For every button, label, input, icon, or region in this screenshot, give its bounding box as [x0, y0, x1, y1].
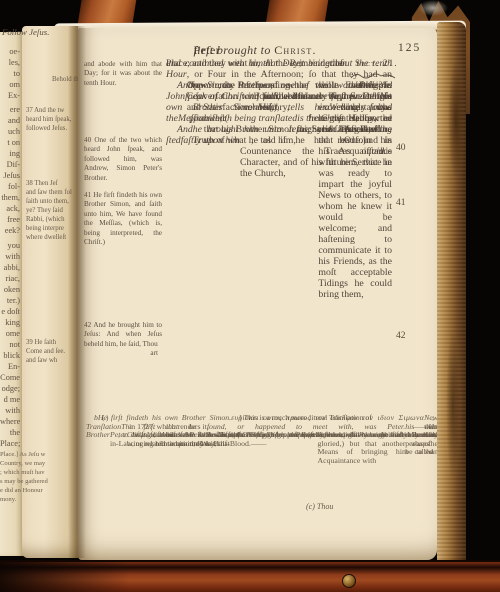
text-fragment-line: t on — [0, 137, 22, 148]
text-fragment-line: ter.) — [0, 295, 22, 306]
text-segment: . — [313, 43, 316, 58]
running-header: Peter firſt brought to Christ. — [138, 43, 368, 58]
text-segment: Place; and they went in, — [166, 58, 260, 69]
text-segment: then — [330, 58, 347, 69]
text-fragment-line: to — [0, 68, 22, 79]
text-segment: [ — [185, 91, 199, 102]
verse-note-text: 42 And he brought him to Jeſus: And when… — [84, 321, 162, 348]
verse-note-catchword: art — [84, 349, 162, 358]
kjv-verse-note-39: and abode with him that Day; for it was … — [84, 60, 162, 88]
verse-number-41: 41 — [396, 198, 406, 208]
text-fragment-line: them, — [0, 192, 22, 203]
text-segment: was not — [206, 431, 238, 440]
text-fragment-line: eek? — [0, 225, 22, 236]
text-fragment-line: uch — [0, 126, 22, 137]
facing-footnote-fragments: Place.] As Jeſu wCountry, we may; which … — [0, 450, 57, 506]
text-segment: , as if he had read in his Countenance t… — [240, 135, 392, 179]
text-fragment-line: king — [0, 317, 22, 328]
text-fragment-line: you — [0, 240, 22, 251]
text-fragment-line: the — [0, 427, 22, 438]
text-fragment-line: where — [0, 416, 22, 427]
kjv-verse-note-42: 42 And he brought him to Jeſus: And when… — [84, 321, 162, 359]
text-fragment-line: not — [0, 339, 22, 350]
text-fragment-line: ing — [0, 148, 22, 159]
text-segment: . — [334, 431, 344, 440]
text-fragment-line: oken — [0, 284, 22, 295]
text-segment: ) — [98, 414, 109, 423]
text-fragment-line: d me — [0, 394, 22, 405]
text-segment: ), — [263, 102, 280, 113]
fore-edge-stain — [448, 60, 464, 180]
verse-number-42: 42 — [396, 331, 406, 341]
text-segment: Now — [177, 80, 207, 91]
paraphrase-text: Place; and they went in, and continued w… — [166, 58, 392, 414]
footnote: (b) He firſt findeth his own Brother Sim… — [86, 414, 438, 520]
text-fragment-line: ack, — [0, 203, 22, 214]
text-segment: Peter — [193, 43, 220, 58]
text-fragment-line: En- — [0, 361, 22, 372]
text-fragment-line: s may be gathered — [0, 477, 57, 486]
text-fragment-line: les, — [0, 57, 22, 68]
paragraph: And that his Brother Simon might be ſati… — [166, 124, 392, 146]
dust-fuzz — [418, 0, 448, 16]
brass-screw — [342, 574, 356, 588]
text-fragment-line: ere — [0, 104, 22, 115]
text-fragment-line: Place.] As Jeſu w — [0, 450, 57, 459]
text-segment: ] This is a much more literal Tranſlatio… — [231, 414, 372, 423]
text-fragment-line: ; which muſt hav — [0, 468, 57, 477]
book-photo: oe-les,toomEx- ereanducht oningDiſ-Jeſus… — [0, 0, 500, 592]
text-fragment-line: Jeſus — [0, 170, 22, 181]
text-fragment-line: odge; — [0, 383, 22, 394]
text-fragment-line: Ex- — [0, 90, 22, 101]
ledge-left-shadow — [0, 562, 130, 592]
verse-number-40: 40 — [396, 143, 406, 153]
text-fragment-line: om — [0, 79, 22, 90]
text-fragment-line: blick — [0, 350, 22, 361]
page-number: 125 — [398, 42, 421, 54]
text-fragment-line: with — [0, 405, 22, 416]
text-fragment-line: and — [0, 115, 22, 126]
text-segment: ; — [299, 58, 302, 69]
text-fragment-line: Diſ- — [0, 159, 22, 170]
paragraph: Place; and they went in, and continued w… — [166, 58, 392, 80]
text-segment: And — [177, 124, 193, 135]
text-fragment-line: abbi, — [0, 262, 22, 273]
catchword: (c) Thou — [306, 502, 333, 511]
text-fragment-line: e doſt — [0, 306, 22, 317]
text-segment: Diſciples, — [348, 80, 392, 91]
far-page-fragments-c: youwithabbi,riac,okenter.)e doſtkingomen… — [0, 240, 22, 450]
text-fragment-line: Place; — [0, 438, 22, 449]
text-fragment-line: e did an Honour — [0, 486, 57, 495]
text-fragment-line: mony. — [0, 495, 57, 504]
gutter-shadow — [68, 26, 86, 558]
far-page-fragments-b: ereanducht oningDiſ-Jeſusfol-them,ack,fr… — [0, 104, 22, 237]
text-fragment-line: with — [0, 251, 22, 262]
text-fragment-line: Come — [0, 372, 22, 383]
kjv-verse-note-40: 40 One of the two which heard John ſpeak… — [84, 136, 162, 183]
text-segment: certainly — [341, 102, 386, 113]
kjv-verse-note-41: 41 He firſt findeth his own Brother Simo… — [84, 191, 162, 247]
text-segment: ; ( — [208, 113, 227, 124]
far-page-fragments-a: oe-les,toomEx- — [0, 46, 22, 102]
book-page: Peter firſt brought to Christ. 125 Sect.… — [78, 28, 437, 560]
text-fragment-line: Country, we may — [0, 459, 57, 468]
fore-edge-stain — [446, 330, 460, 480]
text-fragment-line: oe- — [0, 46, 22, 57]
text-fragment-line: fol- — [0, 181, 22, 192]
text-fragment-line: riac, — [0, 273, 22, 284]
text-fragment-line: ome — [0, 328, 22, 339]
text-segment: Christ — [274, 43, 312, 57]
text-fragment-line: free — [0, 214, 22, 225]
facing-running-header: Follow Jeſus. — [2, 27, 58, 37]
